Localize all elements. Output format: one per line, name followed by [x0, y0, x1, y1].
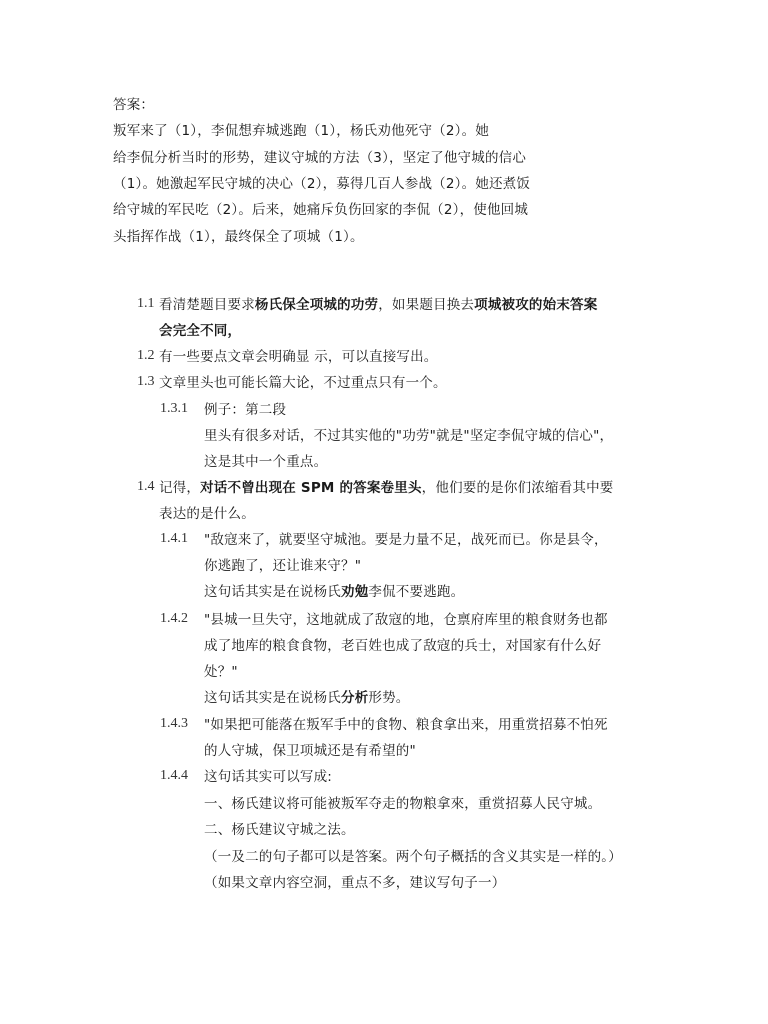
answer-line-5: 头指挥作战（1），最终保全了项城（1）。 — [113, 228, 364, 246]
note-1-4-3-line-2: 的人守城，保卫项城还是有希望的" — [204, 742, 416, 760]
note-1-4-2-text: 这句话其实是在说杨氏 — [204, 690, 341, 706]
note-1-4-emphasis: 对话不曾出现在 SPM 的答案卷里头 — [200, 480, 422, 496]
note-number-1-4-1: 1.4.1 — [160, 531, 188, 547]
answer-line-4: 给守城的军民吃（2）。后来，她痛斥负伤回家的李侃（2），使他回城 — [113, 201, 528, 219]
answer-line-3: （1）。她激起军民守城的决心（2），募得几百人参战（2）。她还煮饭 — [113, 175, 530, 193]
document-page: 答案： 叛军来了（1），李侃想弃城逃跑（1），杨氏劝他死守（2）。她 给李侃分析… — [0, 0, 768, 1024]
note-number-1-3: 1.3 — [137, 374, 155, 390]
answer-line-2: 给李侃分析当时的形势，建议守城的方法（3），坚定了他守城的信心 — [113, 149, 526, 167]
note-1-4-4-line-1: 这句话其实可以写成: — [204, 768, 332, 786]
note-1-4-1-text: 这句话其实是在说杨氏 — [204, 584, 341, 600]
note-1-4-2-line-1: "县城一旦失守，这地就成了敌寇的地，仓禀府库里的粮食财务也都 — [204, 611, 608, 629]
note-1-4-1-emphasis: 劝勉 — [341, 584, 368, 600]
note-number-1-3-1: 1.3.1 — [160, 401, 188, 417]
note-1-4-2-line-3: 处？" — [204, 663, 238, 681]
note-1-4-4-line-4: （一及二的句子都可以是答案。两个句子概括的含义其实是一样的。） — [204, 848, 622, 866]
note-1-4-2-emphasis: 分析 — [341, 690, 368, 706]
answer-heading: 答案： — [113, 96, 154, 114]
note-1-3: 文章里头也可能长篇大论，不过重点只有一个。 — [159, 374, 447, 392]
note-number-1-4-4: 1.4.4 — [160, 768, 188, 784]
answer-line-1: 叛军来了（1），李侃想弃城逃跑（1），杨氏劝他死守（2）。她 — [113, 122, 489, 140]
note-1-4-text-2: ，他们要的是你们浓缩看其中要 — [422, 480, 614, 496]
note-1-1: 看清楚题目要求杨氏保全项城的功劳，如果题目换去项城被攻的始末答案 — [159, 296, 597, 314]
note-1-1-emphasis-2: 项城被攻的始末答案 — [474, 297, 597, 313]
note-1-4-1-line-3: 这句话其实是在说杨氏劝勉李侃不要逃跑。 — [204, 583, 464, 601]
note-number-1-4-2: 1.4.2 — [160, 611, 188, 627]
note-1-1-emphasis-1: 杨氏保全项城的功劳 — [255, 297, 378, 313]
note-number-1-2: 1.2 — [137, 348, 155, 364]
note-1-4-2-line-2: 成了地库的粮食食物，老百姓也成了敌寇的兵士，对国家有什么好 — [204, 637, 601, 655]
note-1-4: 记得，对话不曾出现在 SPM 的答案卷里头，他们要的是你们浓缩看其中要 — [159, 479, 613, 497]
note-1-4-text: 记得， — [159, 480, 200, 496]
note-1-4-4-line-2: 一、杨氏建议将可能被叛军夺走的物粮拿來，重赏招募人民守城。 — [204, 795, 601, 813]
note-number-1-4-3: 1.4.3 — [160, 716, 188, 732]
note-1-1-continuation: 会完全不同， — [159, 322, 241, 340]
note-1-3-1-line-3: 这是其中一个重点。 — [204, 453, 327, 471]
note-1-1-text: 看清楚题目要求 — [159, 297, 255, 313]
note-1-4-4-line-5: （如果文章内容空洞，重点不多，建议写句子一） — [204, 874, 505, 892]
note-1-4-1-line-1: "敌寇来了，就要坚守城池。要是力量不足，战死而已。你是县令， — [204, 531, 608, 549]
note-1-3-1-line-2: 里头有很多对话，不过其实他的"功劳"就是"坚定李侃守城的信心"， — [204, 427, 613, 445]
note-1-4-continuation: 表达的是什么。 — [159, 505, 255, 523]
note-1-4-1-line-2: 你逃跑了，还让谁来守？" — [204, 557, 361, 575]
note-1-4-4-line-3: 二、杨氏建议守城之法。 — [204, 821, 355, 839]
note-1-4-2-line-4: 这句话其实是在说杨氏分析形势。 — [204, 689, 410, 707]
note-1-4-1-text-2: 李侃不要逃跑。 — [368, 584, 464, 600]
note-1-4-3-line-1: "如果把可能落在叛军手中的食物、粮食拿出来，用重赏招募不怕死 — [204, 716, 608, 734]
note-number-1-1: 1.1 — [137, 296, 155, 312]
note-1-4-2-text-2: 形势。 — [368, 690, 409, 706]
note-1-3-1-line-1: 例子：第二段 — [204, 401, 286, 419]
note-1-2: 有一些要点文章会明确显 示，可以直接写出。 — [159, 348, 438, 366]
note-1-1-text-2: ，如果题目换去 — [378, 297, 474, 313]
note-number-1-4: 1.4 — [137, 479, 155, 495]
